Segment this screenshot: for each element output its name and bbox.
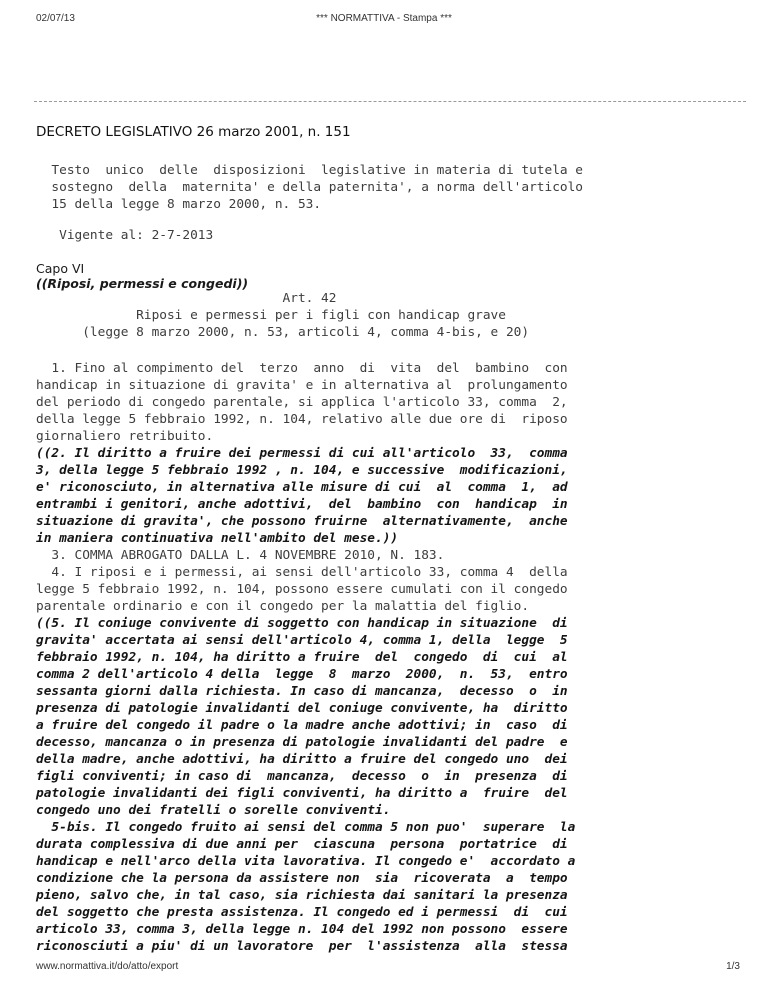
print-page: 02/07/13 *** NORMATTIVA - Stampa *** DEC… — [0, 0, 768, 994]
paragraphs-5-5bis-amendment: ((5. Il coniuge convivente di soggetto c… — [36, 615, 575, 955]
paragraphs-3-4: 3. COMMA ABROGATO DALLA L. 4 NOVEMBRE 20… — [36, 547, 575, 615]
chapter-label: Capo VI — [36, 262, 84, 276]
paragraph-2-amendment: ((2. Il diritto a fruire dei permessi di… — [36, 445, 575, 547]
document-abstract: Testo unico delle disposizioni legislati… — [36, 162, 583, 213]
chapter-rubric: ((Riposi, permessi e congedi)) — [36, 276, 248, 291]
vigente-line: Vigente al: 2-7-2013 — [36, 227, 213, 244]
separator-dashed-line — [34, 101, 746, 102]
footer-page-number: 1/3 — [726, 961, 740, 972]
footer-url: www.normattiva.it/do/atto/export — [36, 961, 178, 972]
document-title: DECRETO LEGISLATIVO 26 marzo 2001, n. 15… — [36, 124, 351, 140]
article-heading: Art. 42 Riposi e permessi per i figli co… — [36, 290, 529, 341]
paragraph-1: 1. Fino al compimento del terzo anno di … — [36, 360, 575, 445]
article-body: 1. Fino al compimento del terzo anno di … — [36, 360, 575, 955]
header-title: *** NORMATTIVA - Stampa *** — [0, 13, 768, 24]
